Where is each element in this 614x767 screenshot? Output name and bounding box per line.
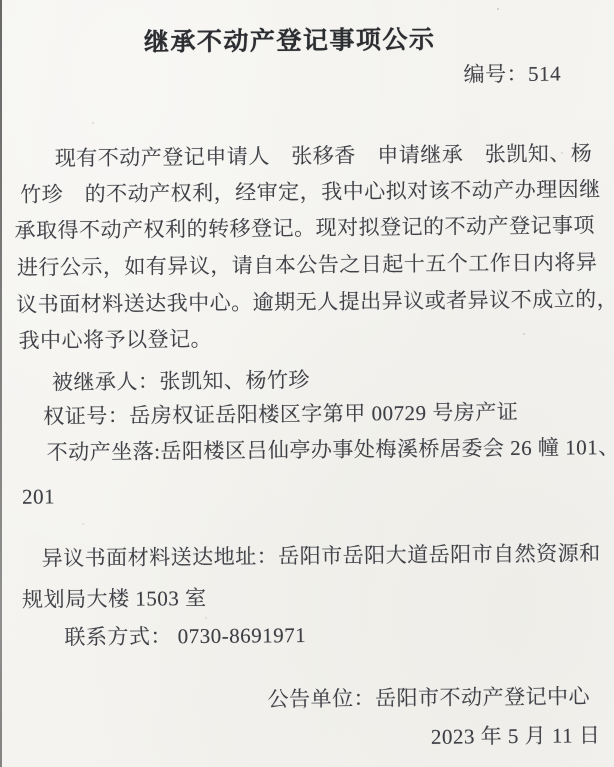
body-paragraph-line: 承取得不动产权利的转移登记。现对拟登记的不动产登记事项	[14, 212, 595, 244]
property-location-line-1: 不动产坐落:岳阳楼区吕仙亭办事处梅溪桥居委会 26 幢 101、	[47, 434, 614, 466]
body-paragraph-line: 现有不动产登记申请人 张移香 申请继承 张凯知、杨	[55, 140, 593, 171]
certificate-number-line: 权证号：岳房权证岳阳楼区字第甲 00729 号房产证	[43, 399, 518, 430]
scanned-notice-page: 继承不动产登记事项公示 编号：514 现有不动产登记申请人 张移香 申请继承 张…	[0, 0, 614, 767]
body-paragraph-line: 竹珍 的不动产权利，经审定，我中心拟对该不动产办理因继	[20, 176, 601, 208]
issue-date-line: 2023 年 5 月 11 日	[431, 722, 601, 750]
issuing-unit-line: 公告单位：岳阳市不动产登记中心	[267, 683, 590, 712]
doc-number: 编号：514	[463, 61, 561, 88]
contact-phone-line: 联系方式： 0730-8691971	[64, 622, 306, 651]
objection-address-line-2: 规划局大楼 1503 室	[22, 585, 207, 613]
notice-content: 继承不动产登记事项公示 编号：514 现有不动产登记申请人 张移香 申请继承 张…	[0, 0, 614, 767]
objection-address-line-1: 异议书面材料送达地址：岳阳市岳阳大道岳阳市自然资源和	[42, 540, 601, 572]
body-paragraph-line: 我中心将予以登记。	[18, 326, 212, 354]
body-paragraph-line: 议书面材料送达我中心。逾期无人提出异议或者异议不成立的，	[16, 286, 614, 318]
notice-title: 继承不动产登记事项公示	[0, 23, 597, 60]
decedent-line: 被继承人：张凯知、杨竹珍	[52, 367, 310, 396]
scan-noise-speckles	[0, 0, 2, 2]
property-location-line-2: 201	[22, 483, 55, 510]
body-paragraph-line: 进行公示，如有异议，请自本公告之日起十五个工作日内将异	[17, 249, 598, 281]
